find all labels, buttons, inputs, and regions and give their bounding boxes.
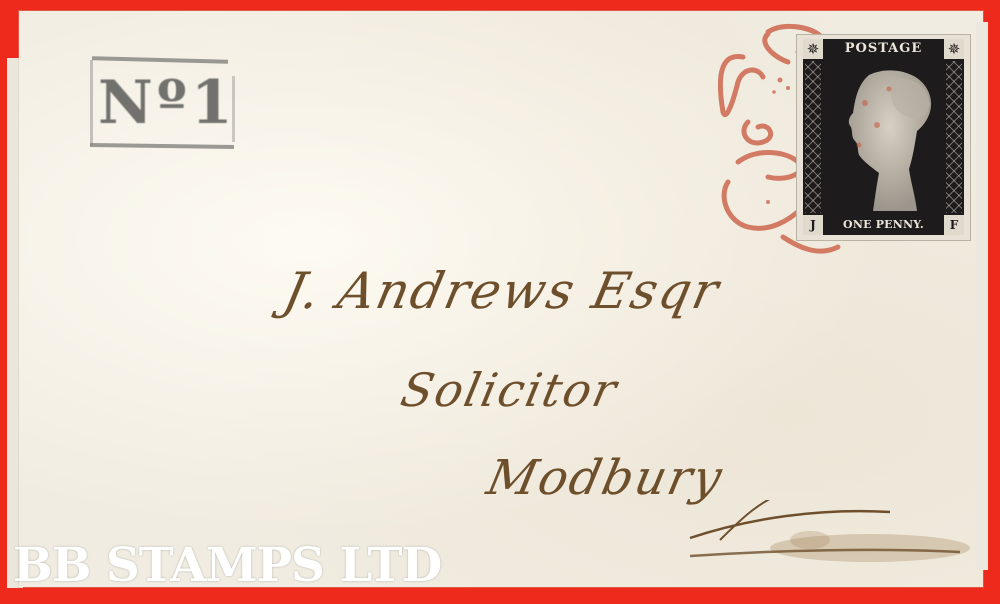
pen-flourish-and-stain [660,500,980,580]
address-line-title: Solicitor [396,363,623,417]
stamp-postage-label: POSTAGE [823,39,944,59]
letter-cover-edge [976,22,988,570]
stamp-value-label: ONE PENNY. [823,215,944,235]
star-ornament-icon: ✵ [944,39,964,59]
check-letter-left: J [803,215,823,235]
handstamp-frame-bottom [90,143,234,149]
handstamp-frame-left [90,60,93,146]
queen-victoria-portrait-icon [829,65,941,211]
star-ornament-icon: ✵ [803,39,823,59]
address-line-town: Modbury [482,450,728,506]
bb-stamps-watermark: BB STAMPS LTD [13,538,441,594]
number-one-handstamp: Nº1 [88,58,236,150]
lattice-border-right [946,61,962,213]
address-line-recipient: J. Andrews Esqr [279,262,726,320]
check-letter-right: F [944,215,964,235]
penny-black-stamp: ✵ POSTAGE ✵ J ONE PENNY. F [797,35,970,240]
cover-photo: Nº1 ✵ POSTAGE ✵ [0,0,1000,604]
handstamp-frame-top [92,56,228,64]
stamp-design: ✵ POSTAGE ✵ J ONE PENNY. F [803,39,964,235]
lattice-border-left [805,61,821,213]
handstamp-text: Nº1 [98,68,237,138]
